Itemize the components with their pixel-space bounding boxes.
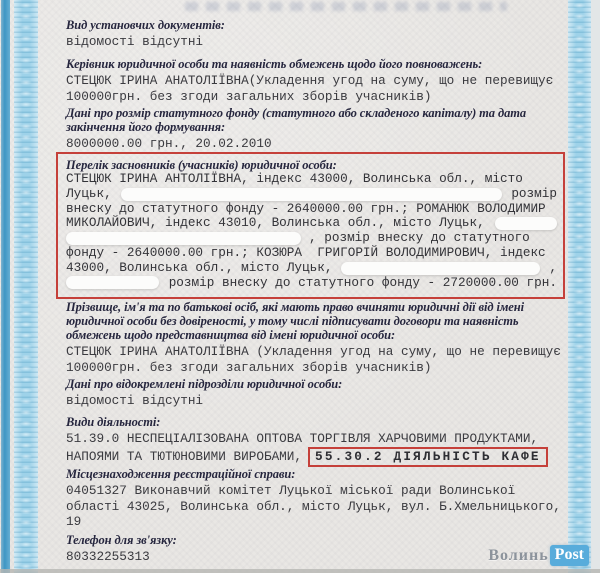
right-edge-light-strip [591,0,600,573]
section-value: відомості відсутні [66,393,566,409]
volynpost-watermark: Волинь Post [488,545,589,566]
section-statutory-fund: Дані про розмір статутного фонду (статут… [66,106,566,152]
section-heading-line: юридичної особи без довіреності, у тому … [66,314,566,328]
founders-text: розмір внеску до статутного фонду - 2720… [169,276,557,291]
section-activities: Види діяльності: 51.39.0 НЕСПЕЦІАЛІЗОВАН… [66,415,566,467]
founders-text: , [549,261,557,276]
bottom-edge-strip [0,569,600,573]
founders-text: фонду - 2640000.00 грн.; КОЗЮРА ГРИГОРІЙ… [66,246,546,261]
section-heading-line: обмежень щодо представництва від імені ю… [66,328,566,342]
section-value-line: 19 [66,514,566,530]
founders-text: Луцьк, [66,187,112,202]
founders-line: СТЕЦЮК ІРИНА АНТОЛІЇВНА, індекс 43000, В… [66,172,557,187]
section-heading-line: Прізвище, ім'я та по батькові осіб, які … [66,300,566,314]
right-guilloche-band [568,0,591,573]
founders-line: фонду - 2640000.00 грн.; КОЗЮРА ГРИГОРІЙ… [66,246,557,261]
bleed-through-ghost-text [185,2,507,11]
section-value-line: СТЕЦЮК ІРИНА АНАТОЛІЇВНА (Укладення угод… [66,344,566,360]
left-guilloche-band [14,0,38,573]
founders-text: розмір [511,187,557,202]
founders-line: , розмір внеску до статутного [66,231,557,246]
redaction-block [66,232,301,245]
section-value: 8000000.00 грн., 20.02.2010 [66,136,566,152]
founders-line: Луцьк, розмір [66,187,557,202]
founders-line: 43000, Волинська обл., місто Луцьк, , [66,261,557,276]
founders-line: розмір внеску до статутного фонду - 2720… [66,276,557,291]
redaction-block [121,188,503,201]
section-value-line: 04051327 Виконавчий комітет Луцької місь… [66,483,566,499]
founders-text: внеску до статутного фонду - 2640000.00 … [66,202,546,217]
activities-line2-text: НАПОЯМИ ТА ТЮТЮНОВИМИ ВИРОБАМИ, [66,449,302,465]
section-heading-line: Дані про розмір статутного фонду (статут… [66,106,566,120]
section-value: відомості відсутні [66,34,566,50]
scanned-registry-document: Вид установчих документів: відомості від… [0,0,600,573]
left-edge-dark-strip [1,0,10,573]
section-founding-documents: Вид установчих документів: відомості від… [66,18,566,50]
section-value-line: 100000грн. без згоди загальних зборів уч… [66,360,566,376]
founders-line: МИКОЛАЙОВИЧ, індекс 43010, Волинська обл… [66,216,557,231]
founders-text: СТЕЦЮК ІРИНА АНТОЛІЇВНА, індекс 43000, В… [66,172,523,187]
section-heading: Перелік засновників (учасників) юридично… [66,158,557,172]
watermark-badge: Post [550,545,589,566]
section-value-line: області 43025, Волинська обл., місто Луц… [66,499,566,515]
section-heading: Керівник юридичної особи та наявність об… [66,57,566,71]
section-head-of-entity: Керівник юридичної особи та наявність об… [66,57,566,104]
section-heading-line: закінчення його формування: [66,120,566,134]
activities-line1: 51.39.0 НЕСПЕЦІАЛІЗОВАНА ОПТОВА ТОРГІВЛЯ… [66,431,566,447]
founders-highlight-box: Перелік засновників (учасників) юридично… [56,152,565,299]
watermark-wordmark: Волинь [488,547,548,565]
redaction-block [341,262,540,275]
activities-line2: НАПОЯМИ ТА ТЮТЮНОВИМИ ВИРОБАМИ, 55.30.2 … [66,447,566,468]
section-signatories: Прізвище, ім'я та по батькові осіб, які … [66,300,566,375]
redaction-block [66,276,159,289]
founders-text: 43000, Волинська обл., місто Луцьк, [66,261,332,276]
section-value-line: СТЕЦЮК ІРИНА АНАТОЛІЇВНА(Укладення угод … [66,73,566,89]
redaction-block [495,217,557,230]
section-branches: Дані про відокремлені підрозділи юридичн… [66,377,566,409]
founders-text: МИКОЛАЙОВИЧ, індекс 43010, Волинська обл… [66,216,485,231]
section-heading: Вид установчих документів: [66,18,566,32]
section-value-line: 100000грн. без згоди загальних зборів уч… [66,89,566,105]
activity-code-highlight-box: 55.30.2 ДІЯЛЬНІСТЬ КАФЕ [308,447,548,468]
section-heading: Дані про відокремлені підрозділи юридичн… [66,377,566,391]
founders-line: внеску до статутного фонду - 2640000.00 … [66,202,557,217]
founders-text: , розмір внеску до статутного [309,231,530,246]
section-heading: Види діяльності: [66,415,566,429]
section-registration-file: Місцезнаходження реєстраційної справи: 0… [66,467,566,530]
section-heading: Місцезнаходження реєстраційної справи: [66,467,566,481]
